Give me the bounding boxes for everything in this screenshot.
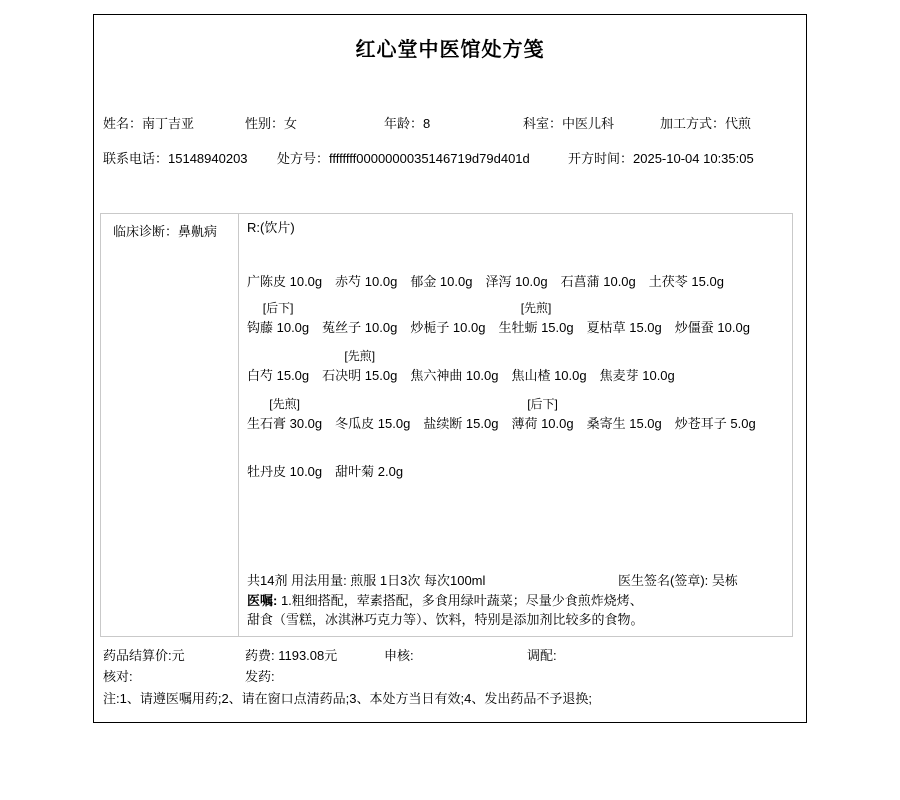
footer-notes: 注:1、请遵医嘱用药;2、请在窗口点清药品;3、本处方当日有效;4、发出药品不予…: [103, 690, 592, 708]
patient-age: 年龄：8: [384, 115, 430, 133]
dispense-field: 发药:: [245, 668, 275, 686]
review-field: 申核:: [384, 647, 414, 665]
advice-label: 医嘱:: [247, 593, 277, 608]
advice-text: 1.粗细搭配，荤素搭配，多食用绿叶蔬菜；尽量少食煎炸烧烤、甜食（雪糕，冰淇淋巧克…: [247, 593, 644, 627]
rx-header: R:(饮片): [247, 219, 295, 237]
check-field: 核对:: [103, 668, 133, 686]
issue-time: 开方时间：2025-10-04 10:35:05: [568, 150, 754, 168]
doctor-advice: 医嘱: 1.粗细搭配，荤素搭配，多食用绿叶蔬菜；尽量少食煎炸烧烤、甜食（雪糕，冰…: [247, 591, 647, 629]
processing-method: 加工方式：代煎: [660, 115, 751, 133]
patient-department: 科室：中医儿科: [523, 115, 614, 133]
dispense-prep-field: 调配:: [527, 647, 557, 665]
patient-gender: 性别：女: [245, 115, 297, 133]
doctor-signature: 医生签名(签章): 吴栋: [618, 572, 738, 590]
diagnosis-text: 临床诊断：鼻鼽病: [101, 214, 238, 241]
diagnosis-panel: 临床诊断：鼻鼽病: [101, 214, 239, 636]
fee: 药费: 1193.08元: [245, 647, 337, 665]
patient-name: 姓名：南丁吉亚: [103, 115, 194, 133]
rx-number: 处方号：ffffffff0000000035146719d79d401d: [277, 150, 530, 168]
usage-summary: 共14剂 用法用量: 煎服 1日3次 每次100ml: [247, 572, 485, 590]
patient-phone: 联系电话：15148940203: [103, 150, 248, 168]
settlement-price: 药品结算价:元: [103, 647, 185, 665]
page-title: 红心堂中医馆处方笺: [93, 33, 807, 62]
prescription-page: 红心堂中医馆处方笺 姓名：南丁吉亚 性别：女 年龄：8 科室：中医儿科 加工方式…: [0, 0, 900, 800]
